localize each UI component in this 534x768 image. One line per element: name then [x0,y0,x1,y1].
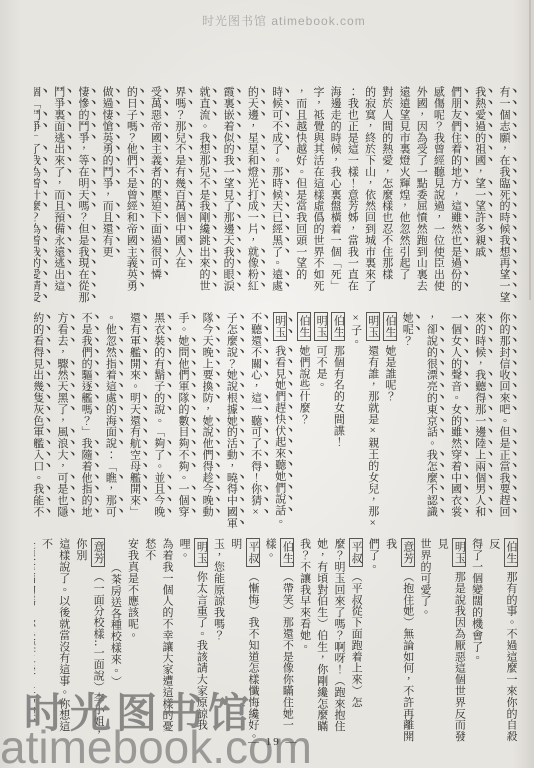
text-column: 一個女人的聲音。女的雖然穿着中國衣裳 [446,312,470,538]
text-column: 得了一個變闊的機會了。 [467,538,484,742]
text-column: ，卻說的很漂亮的東京話。我怎麼不認識 [422,312,446,538]
text-column: 的天邊，星星和燈光打成一片，就像粉紅 [243,86,267,312]
text-column: 明玉我看見她們趕快伏起來聽她們說話。 [271,312,295,538]
text-column: 的寂寞，終於下山，依然回到城市裏來了 [360,86,377,312]
text-column: 來的時候，我聽得那一邊陸上兩個男人和 [471,312,495,538]
text-column: 。他忽然指着這處的海面說：「瞧，那可 [101,312,125,538]
text-column: 做過悽愴英勇的鬥爭，而且還有更 [98,86,122,312]
scan-edge-artifact [529,0,531,300]
speaker-label: 伯生 [297,312,311,341]
speaker-label: 意芳 [401,538,415,567]
text-column: 不是我們的驅逐艦嗎？」我隨着他指的地 [77,312,101,538]
text-column: 伯生（帶笑）那還不是像你瞞住她一樣。 [261,538,295,742]
text-column: 有一個志願，在我臨死的時候我想再望一望 [495,86,519,312]
text-column: 伯生那個有名的女間諜！ [329,312,346,538]
text-column: 伯生那有的事。不過這麼一來你的自殺反 [485,538,519,742]
text-column: 伯生她們說些什麼？ [295,312,312,538]
text-column: 們了。 [364,538,381,742]
speaker-label: 平叔 [349,538,363,567]
text-column: 就直流。我想那兒不是我剛纔跳出來的世 [195,86,219,312]
text-column: 麼？明玉回來了嗎？啊呀！（跑來抱住 [330,538,347,742]
speaker-label: 明玉 [194,538,208,567]
text-column: 對於人間的熱愛，怎麼樣也忍不住那樣 [378,86,395,312]
text-column: 約的看得見出幾隻灰色軍艦入口。我能不 [34,312,53,538]
text-column: ：我也正是這一樣！意芳姊，當我一直在 [343,86,360,312]
speaker-label: 明玉 [273,312,287,341]
speaker-label: 伯生 [331,312,345,341]
text-column: 手。她問他們軍隊的數目夠不夠。一個穿 [174,312,198,538]
text-column: 明玉還有誰，那就是×親王的女兒，那× [364,312,381,538]
speaker-label: 明玉 [314,312,328,341]
speaker-label: 伯生 [383,312,397,341]
page-number: — 19 — [248,736,299,748]
text-column: 遠遠望見市裏燈火輝煌，他忽然引起了 [395,86,412,312]
text-band-middle: 你的那封信收回來吧。但是正當我要趕回來的時候，我聽得那一邊陸上兩個男人和一個女人… [34,312,519,538]
scanned-book-page: { "watermark_top": "时光图书馆 atimebook.com"… [0,0,534,768]
text-column: 意芳（抱住她）無論如何，不許再離開我 [381,538,415,742]
text-column: 字，祗覺與其活在這樣虛僞的世界不如死 [309,86,326,312]
speaker-label: 伯生 [504,538,518,567]
text-column: 你的那封信收回來吧。但是正當我要趕回 [495,312,519,538]
text-column: 我熱愛過的祖國，望一望許多親戚 [471,86,495,312]
text-column: 不聽還不關心，這一聽可了不得！你猜× [246,312,270,538]
text-column: 她呢？ [398,312,422,538]
text-column: 世界的可愛了。 [416,538,433,742]
text-column: 她，有頃對伯生）伯生，你剛纔怎麼瞞 [313,538,330,742]
text-column: 悽慘的鬥爭，等在明天嗎？但是我現在從那 [74,86,98,312]
text-column: 黑衣裝的有鬍子的說。「夠了。並且今晚 [150,312,174,538]
text-column: ×子。 [346,312,363,538]
text-column: 感傷呢？我曾經聽見說過，一位使臣出使 [429,86,446,312]
text-column: 受萬惡帝國主義者的壓迫下面過很可憐 [146,86,170,312]
text-column: 平叔（平叔從下面跑着上來）怎 [347,538,364,742]
text-column: 海邊走的時候，我心裏盤橫着一個「死」 [326,86,343,312]
text-column: 個「鬥爭」了我為着什麼？為着我的愛情受了 [34,86,50,312]
text-column: 明玉可不是。 [312,312,329,538]
text-column: 鬥爭裏面逃出來了，而且預備永遠逃出這 [50,86,74,312]
text-column: 伯生她是誰呢？ [381,312,398,538]
text-column: 子怎麼說？她說根據她的活動，曉得中國軍 [222,312,246,538]
watermark-top: 时光图书馆 atimebook.com [202,12,366,29]
text-column: 的日子嗎？他們不是曾經和帝國主義英勇 [122,86,146,312]
text-column: 隊今天晚上要換防，她說他們得趁今晚動 [198,312,222,538]
speaker-label: 平叔 [246,538,260,567]
speaker-label: 明玉 [452,538,466,567]
text-column: 界嗎？那兒不是有幾百萬個中國人在 [171,86,195,312]
text-column: 們朋友們住着的地方，這雖然也是過份的 [446,86,470,312]
text-column: 我？不讓我早來看她。 [295,538,312,742]
text-column: 方看去，驟然天黑了，風浪大，可是也隱 [53,312,77,538]
text-column: 明玉那是說我因為厭惡這個世界反而發見 [433,538,467,742]
text-band-top: 有一個志願，在我臨死的時候我想再望一望我熱愛過的祖國，望一望許多親戚們朋友們住着… [34,86,519,312]
text-column: 霞裏嵌着似的我一望見了那邊天我的眼淚 [219,86,243,312]
text-column: 還有軍艦開來。明天還有航空母艦開來」 [125,312,149,538]
speaker-label: 意芳 [91,538,105,567]
text-column: ，而且越快越好。但是當我回頭一望的 [292,86,309,312]
speaker-label: 伯生 [280,538,294,567]
text-column: 時候可不成了。那時候天已經黑了。遠處 [267,86,291,312]
speaker-label: 明玉 [366,312,380,341]
text-column: 外國，因為受了一點委屈憤然跑到山裏去 [412,86,429,312]
